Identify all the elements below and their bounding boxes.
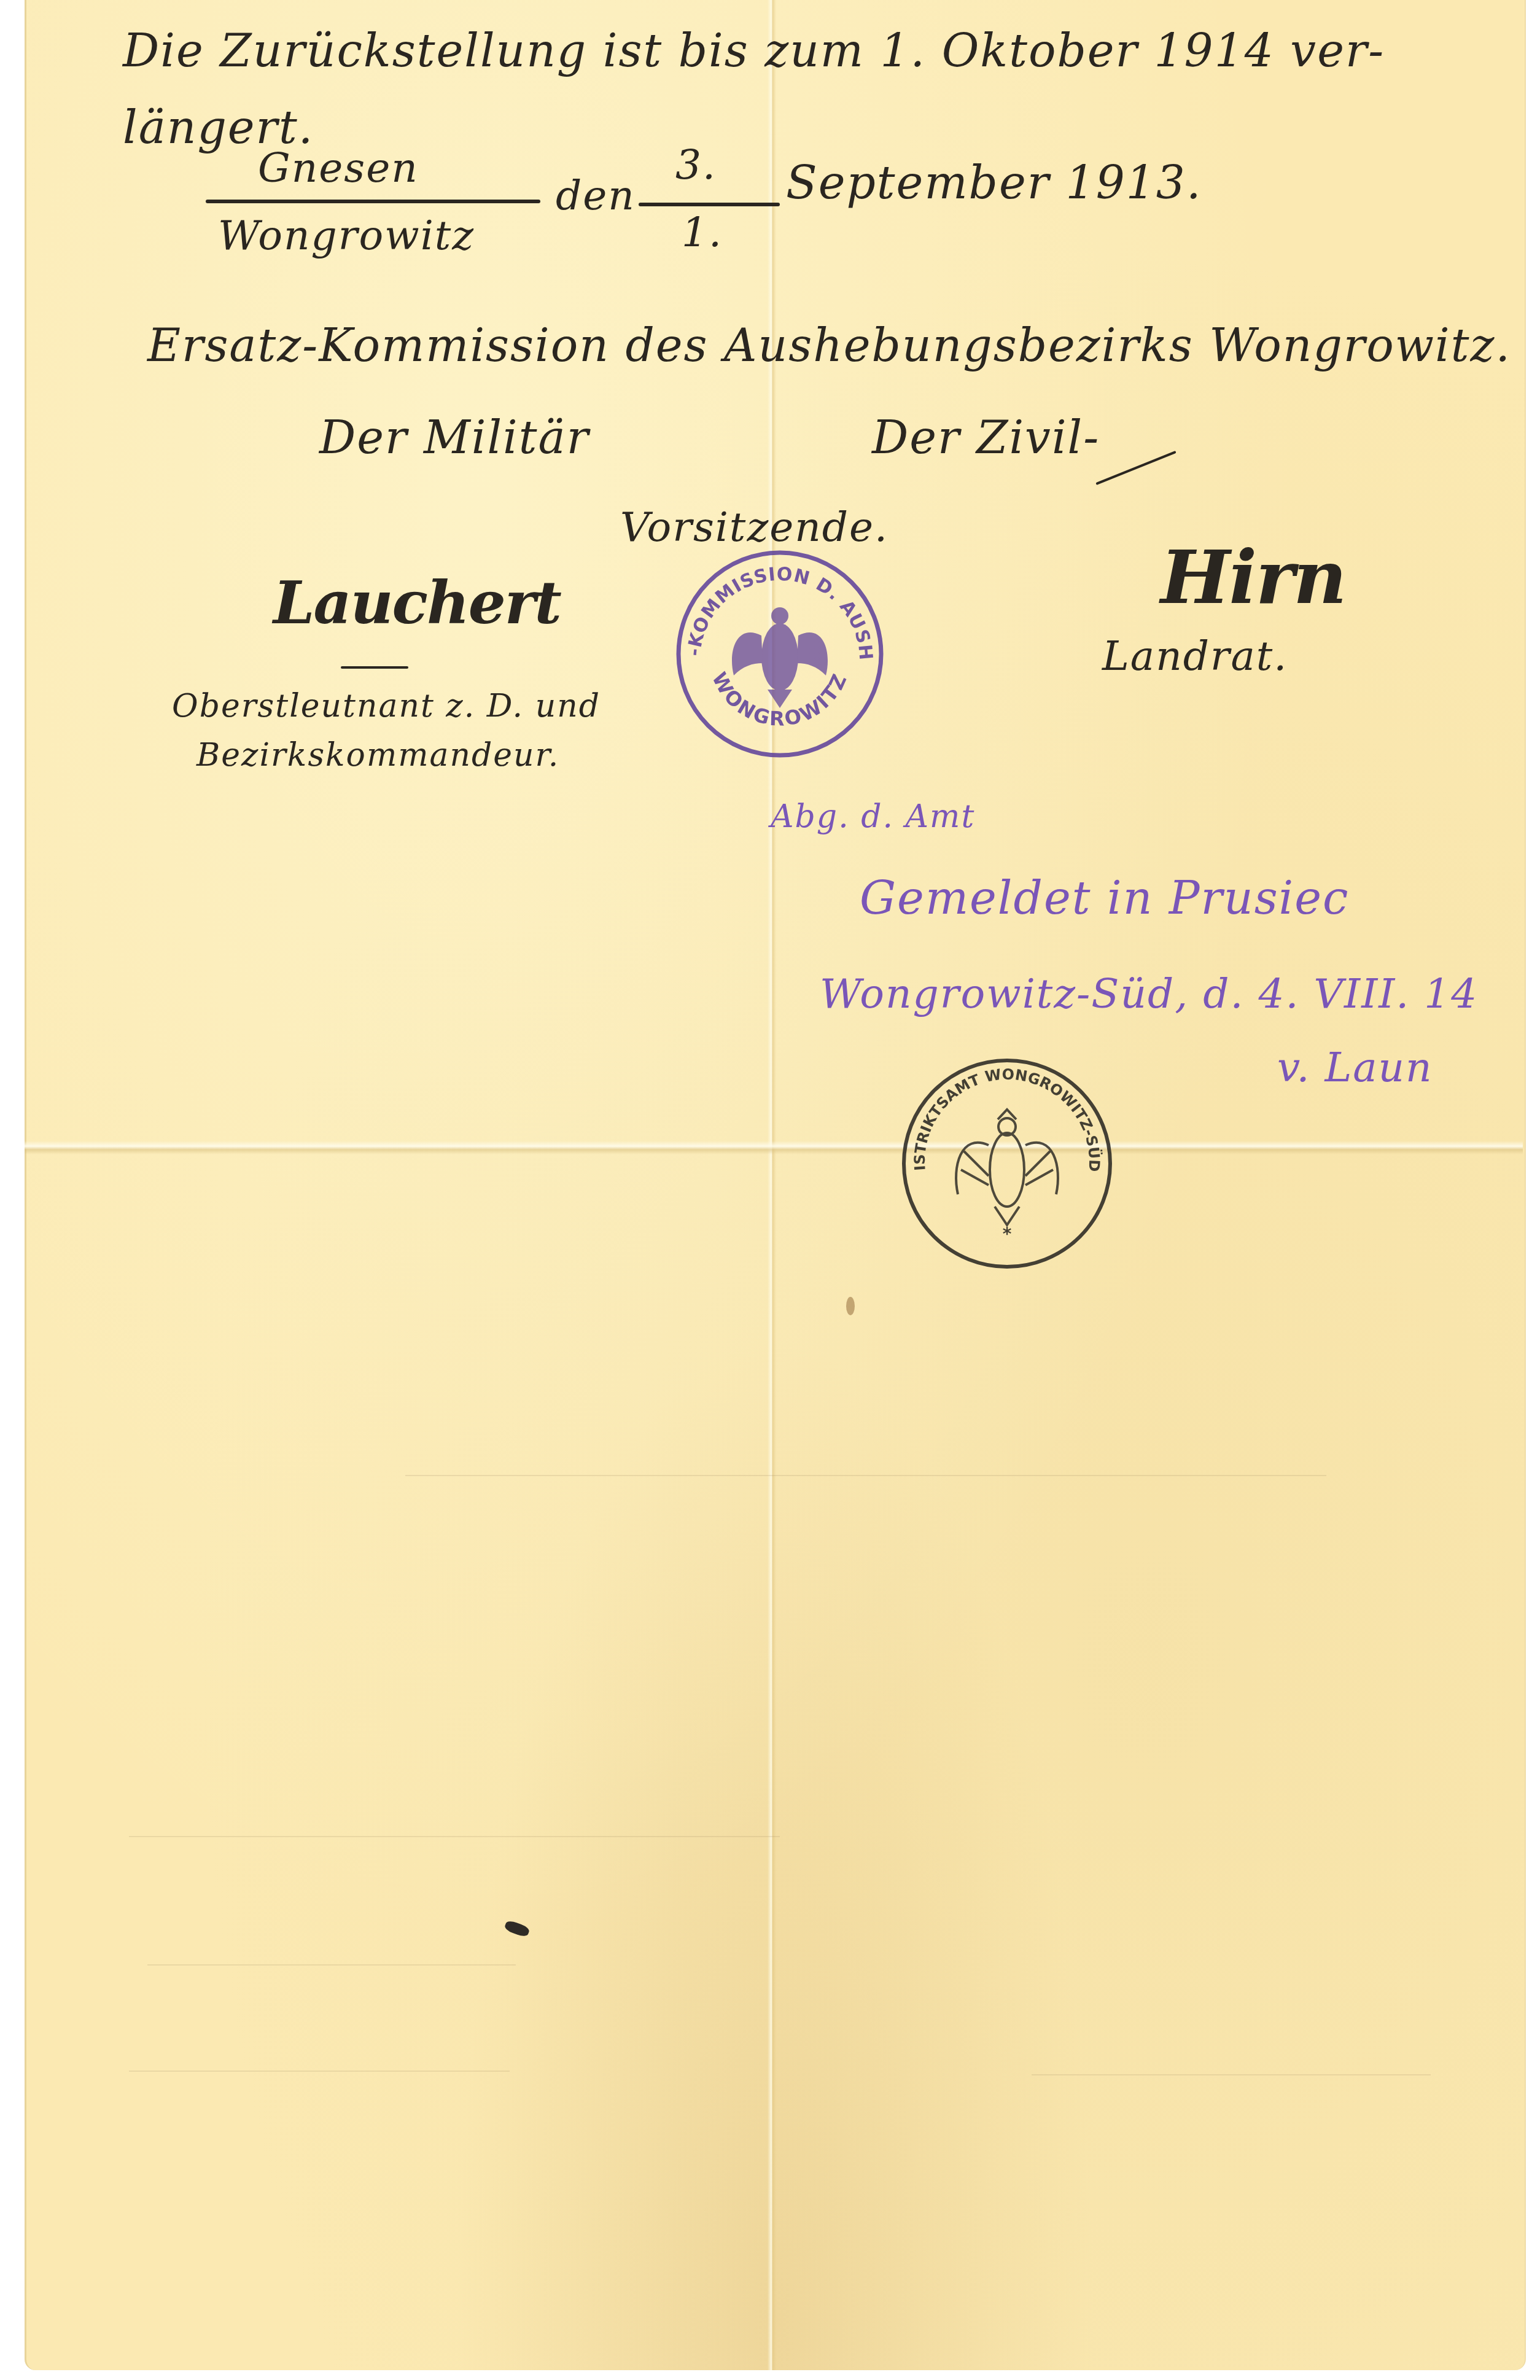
commission-stamp: KGL. ERSATZ-KOMMISSION D. AUSHEB. BEZIRK… — [669, 543, 890, 764]
commission-heading: Ersatz-Kommission des Aushebungsbezirks … — [147, 319, 1511, 372]
horizontal-fold-line — [25, 1141, 1523, 1154]
registration-line-2: Gemeldet in Prusiec — [860, 872, 1350, 925]
registration-line-3: Wongrowitz-Süd, d. 4. VIII. 14 — [820, 970, 1478, 1017]
registration-signature: v. Laun — [1277, 1044, 1433, 1091]
deferral-line-1: Die Zurückstellung ist bis zum 1. Oktobe… — [123, 25, 1385, 77]
bleed-through-line — [129, 2071, 510, 2072]
bleed-through-line — [405, 1475, 1326, 1476]
place-name: Wongrowitz — [218, 212, 475, 259]
eagle-emblem-icon — [956, 1110, 1058, 1225]
military-signature: Lauchert — [273, 568, 561, 637]
signature-flourish — [341, 666, 408, 669]
registration-line-1: Abg. d. Amt — [771, 798, 975, 835]
day-value: 1. — [682, 209, 723, 256]
civil-title: Landrat. — [1102, 632, 1288, 680]
day-strike-rule — [639, 203, 780, 206]
place-struck: Gnesen — [258, 144, 419, 192]
military-title-line-1: Oberstleutnant z. D. und — [172, 688, 601, 725]
role-civil: Der Zivil- — [872, 411, 1100, 464]
civil-signature: Hirn — [1161, 534, 1345, 621]
ink-blot — [846, 1297, 855, 1315]
military-title-line-2: Bezirkskommandeur. — [196, 737, 559, 774]
day-struck: 3. — [675, 141, 717, 189]
date-prefix: den — [556, 172, 636, 219]
police-stamp: KGL. PR. POLIZEI-DISTRIKTSAMT WONGROWITZ… — [896, 1053, 1118, 1274]
place-strike-rule — [206, 200, 540, 203]
eagle-emblem-icon — [732, 607, 828, 708]
bleed-through-line — [147, 1964, 516, 1966]
role-military: Der Militär — [319, 411, 589, 464]
bleed-through-line — [1032, 2074, 1431, 2075]
bleed-through-line — [129, 1836, 780, 1837]
month-year: September 1913. — [786, 157, 1202, 209]
